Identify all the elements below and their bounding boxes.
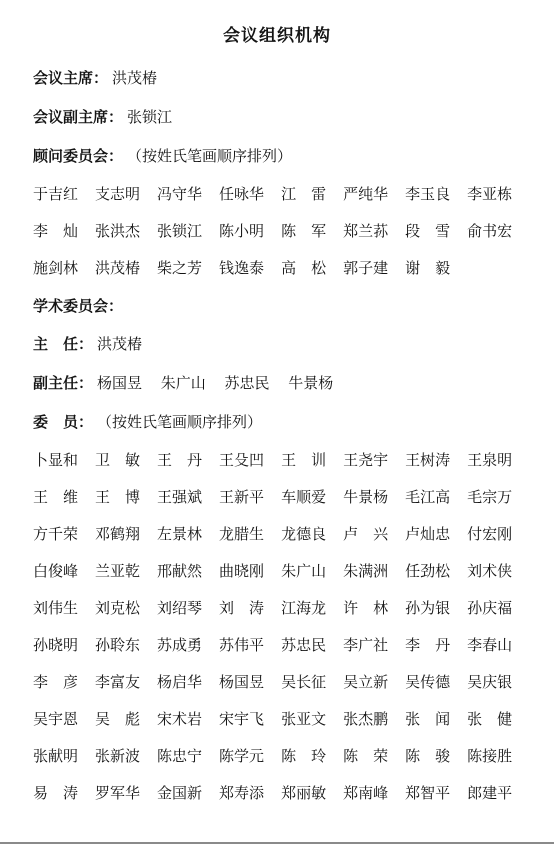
advisory-committee-label: 顾问委员会： bbox=[33, 148, 123, 165]
person-name: 谢 毅 bbox=[405, 261, 450, 278]
person-name: 左景林 bbox=[157, 527, 202, 544]
deputy-directors-value: 杨国昱 朱广山 苏忠民 牛景杨 bbox=[97, 376, 333, 393]
person-name: 李富友 bbox=[95, 675, 140, 692]
person-name: 杨国昱 bbox=[219, 675, 264, 692]
person-name: 刘术侠 bbox=[467, 564, 512, 581]
person-name: 李春山 bbox=[467, 638, 512, 655]
person-name: 王 博 bbox=[95, 490, 140, 507]
person-name: 郑丽敏 bbox=[281, 786, 326, 803]
person-name: 孙为银 bbox=[405, 601, 450, 618]
name-row: 方千荣邓鹤翔左景林龙腊生龙德良卢 兴卢灿忠付宏刚 bbox=[33, 527, 521, 544]
person-name: 王树涛 bbox=[405, 453, 450, 470]
person-name: 卢灿忠 bbox=[405, 527, 450, 544]
person-name: 邓鹤翔 bbox=[95, 527, 140, 544]
person-name: 郑寿添 bbox=[219, 786, 264, 803]
chairman-value: 洪茂椿 bbox=[112, 71, 157, 88]
person-name: 施剑林 bbox=[33, 261, 78, 278]
person-name: 支志明 bbox=[95, 187, 140, 204]
person-name: 于吉红 bbox=[33, 187, 78, 204]
person-name: 毛江高 bbox=[405, 490, 450, 507]
person-name: 严纯华 bbox=[343, 187, 388, 204]
name-row: 王 维王 博王强斌王新平车顺爱牛景杨毛江高毛宗万 bbox=[33, 490, 521, 507]
person-name: 李 丹 bbox=[405, 638, 450, 655]
person-name: 陈小明 bbox=[219, 224, 264, 241]
person-name: 龙德良 bbox=[281, 527, 326, 544]
person-name: 吴立新 bbox=[343, 675, 388, 692]
person-name: 方千荣 bbox=[33, 527, 78, 544]
name-row: 施剑林洪茂椿柴之芳钱逸泰高 松郭子建谢 毅 bbox=[33, 261, 521, 278]
person-name: 王新平 bbox=[219, 490, 264, 507]
person-name: 郎建平 bbox=[467, 786, 512, 803]
deputy-directors-line: 副主任： 杨国昱 朱广山 苏忠民 牛景杨 bbox=[33, 375, 521, 393]
person-name: 陈 玲 bbox=[281, 749, 326, 766]
person-name: 张锁江 bbox=[157, 224, 202, 241]
person-name: 金国新 bbox=[157, 786, 202, 803]
person-name: 郑南峰 bbox=[343, 786, 388, 803]
director-line: 主 任： 洪茂椿 bbox=[33, 336, 521, 354]
members-line: 委 员： （按姓氏笔画顺序排列） bbox=[33, 414, 521, 432]
person-name: 王 丹 bbox=[157, 453, 202, 470]
name-row: 刘伟生刘克松刘绍琴刘 涛江海龙许 林孙为银孙庆福 bbox=[33, 601, 521, 618]
person-name: 李 彦 bbox=[33, 675, 78, 692]
person-name: 邢献然 bbox=[157, 564, 202, 581]
academic-committee-label: 学术委员会： bbox=[33, 298, 123, 315]
name-row: 吴宇恩吴 彪宋术岩宋宇飞张亚文张杰鹏张 闻张 健 bbox=[33, 712, 521, 729]
person-name: 洪茂椿 bbox=[95, 261, 140, 278]
person-name: 付宏刚 bbox=[467, 527, 512, 544]
chairman-label: 会议主席： bbox=[33, 70, 108, 87]
person-name: 陈接胜 bbox=[467, 749, 512, 766]
advisory-name-list: 于吉红支志明冯守华任咏华江 雷严纯华李玉良李亚栋李 灿张洪杰张锁江陈小明陈 军郑… bbox=[33, 187, 521, 278]
person-name: 江 雷 bbox=[281, 187, 326, 204]
person-name: 任劲松 bbox=[405, 564, 450, 581]
person-name: 刘克松 bbox=[95, 601, 140, 618]
person-name: 卜显和 bbox=[33, 453, 78, 470]
person-name: 毛宗万 bbox=[467, 490, 512, 507]
person-name: 王泉明 bbox=[467, 453, 512, 470]
person-name: 苏伟平 bbox=[219, 638, 264, 655]
person-name: 张亚文 bbox=[281, 712, 326, 729]
person-name: 任咏华 bbox=[219, 187, 264, 204]
person-name: 刘 涛 bbox=[219, 601, 264, 618]
person-name: 孙庆福 bbox=[467, 601, 512, 618]
person-name: 张新波 bbox=[95, 749, 140, 766]
name-row: 孙晓明孙聆东苏成勇苏伟平苏忠民李广社李 丹李春山 bbox=[33, 638, 521, 655]
person-name: 陈忠宁 bbox=[157, 749, 202, 766]
person-name: 宋宇飞 bbox=[219, 712, 264, 729]
person-name: 易 涛 bbox=[33, 786, 78, 803]
person-name: 王尧宇 bbox=[343, 453, 388, 470]
director-label: 主 任： bbox=[33, 336, 93, 353]
person-name: 苏成勇 bbox=[157, 638, 202, 655]
person-name: 柴之芳 bbox=[157, 261, 202, 278]
vice-chairman-value: 张锁江 bbox=[127, 110, 172, 127]
person-name: 张 健 bbox=[467, 712, 512, 729]
person-name: 王 训 bbox=[281, 453, 326, 470]
name-row: 卜显和卫 敏王 丹王殳凹王 训王尧宇王树涛王泉明 bbox=[33, 453, 521, 470]
name-row: 李 灿张洪杰张锁江陈小明陈 军郑兰荪段 雪俞书宏 bbox=[33, 224, 521, 241]
person-name: 孙晓明 bbox=[33, 638, 78, 655]
person-name: 郑兰荪 bbox=[343, 224, 388, 241]
advisory-committee-line: 顾问委员会： （按姓氏笔画顺序排列） bbox=[33, 148, 521, 166]
person-name: 张献明 bbox=[33, 749, 78, 766]
person-name: 卢 兴 bbox=[343, 527, 388, 544]
person-name: 李 灿 bbox=[33, 224, 78, 241]
person-name: 王殳凹 bbox=[219, 453, 264, 470]
name-row: 易 涛罗军华金国新郑寿添郑丽敏郑南峰郑智平郎建平 bbox=[33, 786, 521, 803]
person-name: 江海龙 bbox=[281, 601, 326, 618]
name-row: 张献明张新波陈忠宁陈学元陈 玲陈 荣陈 骏陈接胜 bbox=[33, 749, 521, 766]
person-name: 郑智平 bbox=[405, 786, 450, 803]
person-name: 吴传德 bbox=[405, 675, 450, 692]
director-value: 洪茂椿 bbox=[97, 337, 142, 354]
person-name: 刘伟生 bbox=[33, 601, 78, 618]
person-name: 白俊峰 bbox=[33, 564, 78, 581]
advisory-sort-note: （按姓氏笔画顺序排列） bbox=[127, 149, 292, 166]
person-name: 兰亚乾 bbox=[95, 564, 140, 581]
person-name: 张杰鹏 bbox=[343, 712, 388, 729]
person-name: 李亚栋 bbox=[467, 187, 512, 204]
members-label: 委 员： bbox=[33, 414, 93, 431]
name-row: 于吉红支志明冯守华任咏华江 雷严纯华李玉良李亚栋 bbox=[33, 187, 521, 204]
person-name: 刘绍琴 bbox=[157, 601, 202, 618]
person-name: 张 闻 bbox=[405, 712, 450, 729]
person-name: 吴长征 bbox=[281, 675, 326, 692]
members-sort-note: （按姓氏笔画顺序排列） bbox=[97, 415, 262, 432]
person-name: 曲晓刚 bbox=[219, 564, 264, 581]
person-name: 车顺爱 bbox=[281, 490, 326, 507]
person-name: 李广社 bbox=[343, 638, 388, 655]
person-name: 钱逸泰 bbox=[219, 261, 264, 278]
person-name: 张洪杰 bbox=[95, 224, 140, 241]
person-name: 罗军华 bbox=[95, 786, 140, 803]
person-name: 宋术岩 bbox=[157, 712, 202, 729]
person-name: 俞书宏 bbox=[467, 224, 512, 241]
academic-committee-line: 学术委员会： bbox=[33, 298, 521, 315]
person-name: 许 林 bbox=[343, 601, 388, 618]
vice-chairman-label: 会议副主席： bbox=[33, 109, 123, 126]
person-name: 陈学元 bbox=[219, 749, 264, 766]
person-name: 吴宇恩 bbox=[33, 712, 78, 729]
members-name-list: 卜显和卫 敏王 丹王殳凹王 训王尧宇王树涛王泉明王 维王 博王强斌王新平车顺爱牛… bbox=[33, 453, 521, 803]
document-page: 会议组织机构 会议主席： 洪茂椿 会议副主席： 张锁江 顾问委员会： （按姓氏笔… bbox=[0, 0, 554, 803]
vice-chairman-line: 会议副主席： 张锁江 bbox=[33, 109, 521, 127]
person-name: 段 雪 bbox=[405, 224, 450, 241]
person-name: 苏忠民 bbox=[281, 638, 326, 655]
person-name: 郭子建 bbox=[343, 261, 388, 278]
person-name: 李玉良 bbox=[405, 187, 450, 204]
person-name: 陈 骏 bbox=[405, 749, 450, 766]
deputy-directors-label: 副主任： bbox=[33, 375, 93, 392]
person-name: 朱广山 bbox=[281, 564, 326, 581]
person-name: 牛景杨 bbox=[343, 490, 388, 507]
chairman-line: 会议主席： 洪茂椿 bbox=[33, 70, 521, 88]
person-name: 高 松 bbox=[281, 261, 326, 278]
person-name: 冯守华 bbox=[157, 187, 202, 204]
person-name: 王 维 bbox=[33, 490, 78, 507]
page-title: 会议组织机构 bbox=[33, 26, 521, 46]
person-name: 吴庆银 bbox=[467, 675, 512, 692]
name-row: 李 彦李富友杨启华杨国昱吴长征吴立新吴传德吴庆银 bbox=[33, 675, 521, 692]
person-name: 孙聆东 bbox=[95, 638, 140, 655]
person-name: 陈 荣 bbox=[343, 749, 388, 766]
person-name: 吴 彪 bbox=[95, 712, 140, 729]
person-name: 朱满洲 bbox=[343, 564, 388, 581]
person-name: 杨启华 bbox=[157, 675, 202, 692]
person-name: 王强斌 bbox=[157, 490, 202, 507]
name-row: 白俊峰兰亚乾邢献然曲晓刚朱广山朱满洲任劲松刘术侠 bbox=[33, 564, 521, 581]
person-name: 陈 军 bbox=[281, 224, 326, 241]
person-name: 卫 敏 bbox=[95, 453, 140, 470]
person-name: 龙腊生 bbox=[219, 527, 264, 544]
